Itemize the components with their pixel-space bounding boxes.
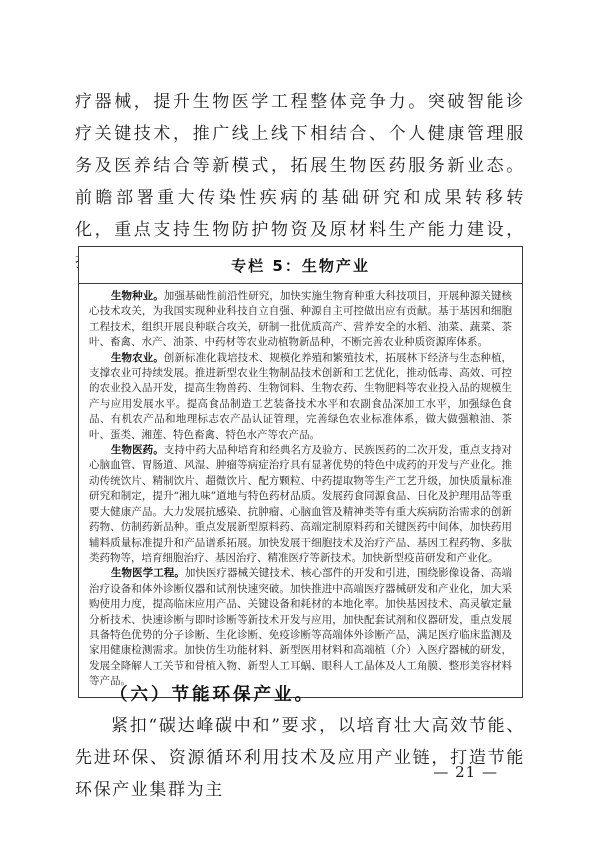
document-page: 疗器械，提升生物医学工程整体竞争力。突破智能诊疗关键技术，推广线上线下相结合、个…	[0, 0, 600, 848]
feature-box-body: 生物种业。加强基础性前沿性研究，加快实施生物育种重大科技项目，开展种源关键核心技…	[79, 284, 522, 697]
box-paragraph-bio-pharma-lead: 生物医药。	[111, 444, 164, 456]
box-paragraph-biomedical-engineering-text: 加快医疗器械关键技术、核心部件的开发和引进，围绕影像设备、高端治疗设备和体外诊断…	[89, 567, 512, 687]
box-paragraph-bio-agriculture-lead: 生物农业。	[111, 352, 164, 364]
box-paragraph-biomedical-engineering: 生物医学工程。加快医疗器械关键技术、核心部件的开发和引进，围绕影像设备、高端治疗…	[89, 566, 512, 689]
feature-box-bio-industry: 专栏 5：生物产业 生物种业。加强基础性前沿性研究，加快实施生物育种重大科技项目…	[78, 246, 523, 698]
box-paragraph-bio-agriculture: 生物农业。创新标准化栽培技术、规模化养殖和繁殖技术，拓展林下经济与生态种植，支撑…	[89, 351, 512, 443]
section-heading-energy-saving: （六）节能环保产业。	[110, 681, 315, 706]
box-paragraph-bio-seed: 生物种业。加强基础性前沿性研究，加快实施生物育种重大科技项目，开展种源关键核心技…	[89, 289, 512, 351]
box-paragraph-bio-seed-lead: 生物种业。	[111, 290, 164, 302]
closing-paragraph: 紧扣“碳达峰碳中和”要求，以培育壮大高效节能、先进环保、资源循环利用技术及应用产…	[75, 710, 525, 806]
feature-box-title: 专栏 5：生物产业	[79, 247, 522, 284]
page-number: — 21 —	[433, 763, 498, 781]
box-paragraph-biomedical-engineering-lead: 生物医学工程。	[111, 567, 185, 579]
box-paragraph-bio-pharma: 生物医药。支持中药大品种培育和经典名方及验方、民族医药的二次开发，重点支持对心脑…	[89, 443, 512, 566]
box-paragraph-bio-agriculture-text: 创新标准化栽培技术、规模化养殖和繁殖技术，拓展林下经济与生态种植，支撑农业可持续…	[89, 352, 512, 441]
box-paragraph-bio-pharma-text: 支持中药大品种培育和经典名方及验方、民族医药的二次开发，重点支持对心脑血管、胃肠…	[89, 444, 512, 564]
